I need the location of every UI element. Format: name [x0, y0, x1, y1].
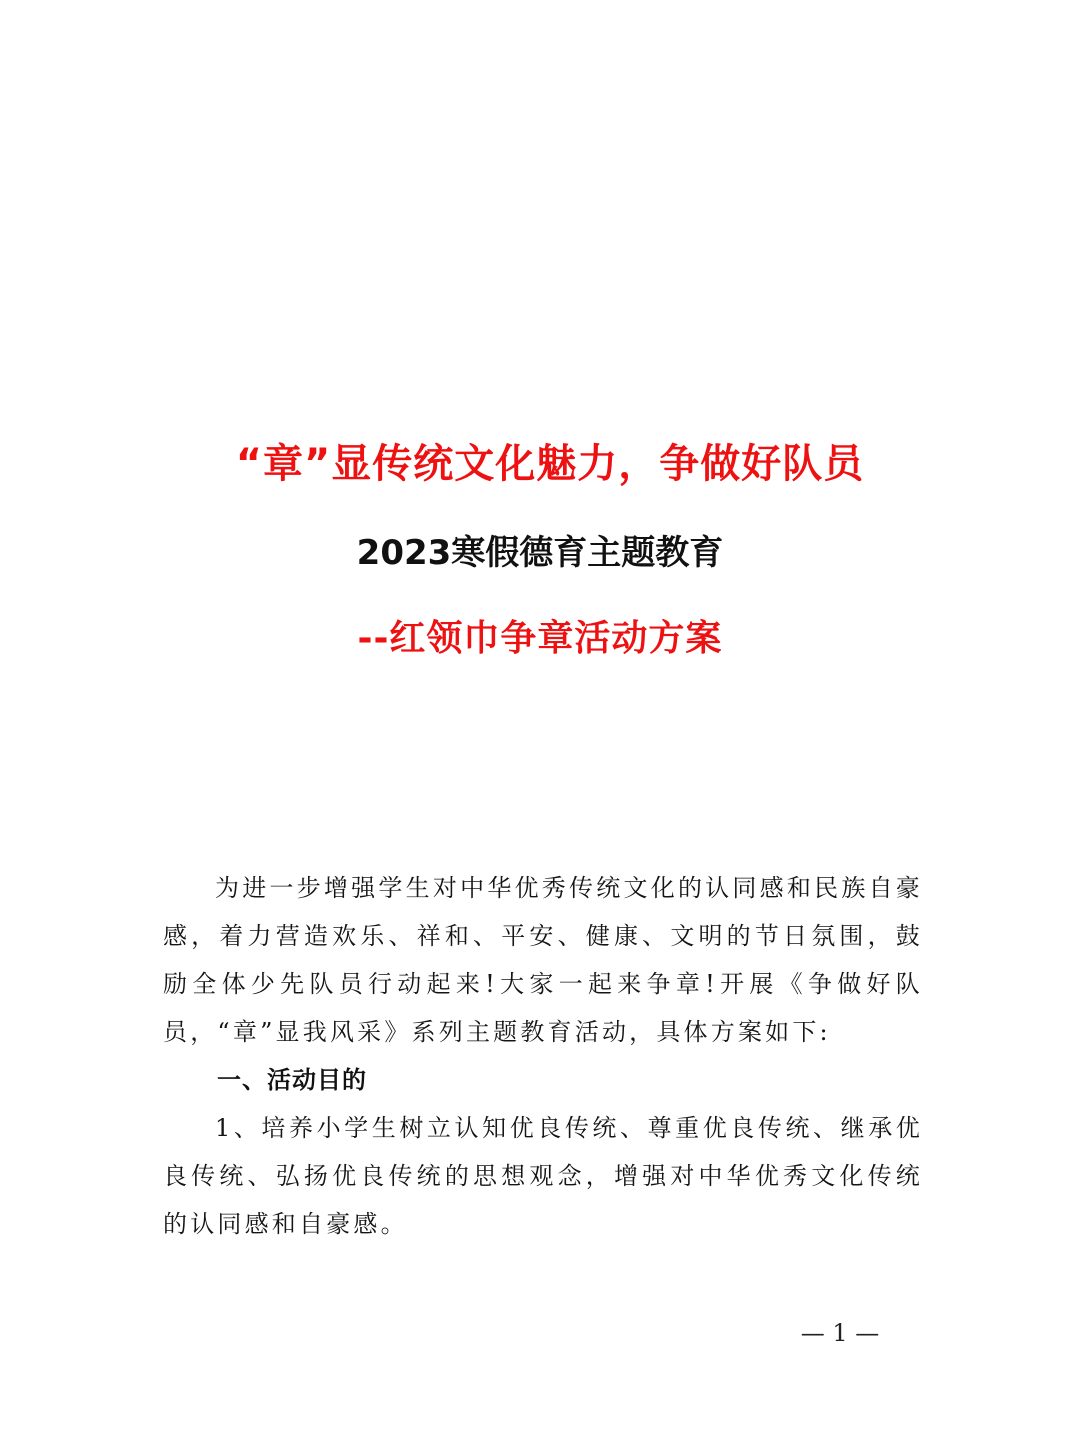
section-heading: 一、活动目的: [217, 1056, 367, 1104]
document-title: “章”显传统文化魅力，争做好队员: [10, 438, 1080, 490]
document-subtitle-secondary: --红领巾争章活动方案: [0, 615, 1080, 663]
page-number: — 1 —: [790, 1318, 890, 1348]
list-item: 1、培养小学生树立认知优良传统、尊重优良传统、继承优良传统、弘扬优良传统的思想观…: [163, 1104, 923, 1248]
document-subtitle: 2023寒假德育主题教育: [0, 530, 1080, 576]
intro-paragraph: 为进一步增强学生对中华优秀传统文化的认同感和民族自豪感，着力营造欢乐、祥和、平安…: [163, 864, 923, 1056]
document-page: “章”显传统文化魅力，争做好队员 2023寒假德育主题教育 --红领巾争章活动方…: [0, 0, 1080, 1439]
